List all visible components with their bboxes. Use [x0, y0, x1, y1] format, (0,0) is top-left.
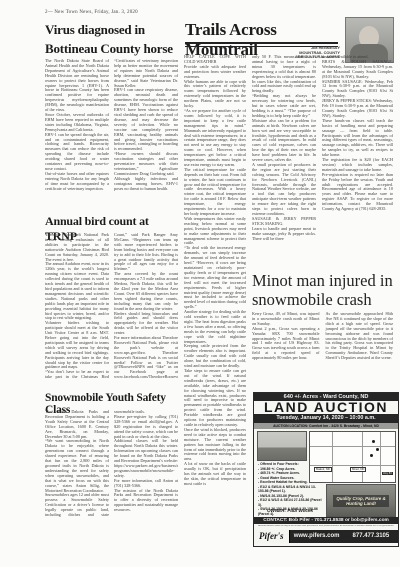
map-road-line	[310, 465, 395, 466]
map-parcel-marker	[372, 440, 375, 443]
ad-disclaimer: Announcements made the day of the auctio…	[256, 525, 396, 529]
minot-article-body: Kerry Grosz, 49, of Minot, was injured i…	[252, 312, 393, 390]
trails-column-2: only 50 F. This means that a wet animal …	[252, 55, 316, 269]
ad-bullet: - E1/2 & W1/2 & SE1/4 27-153-86 (Parcel …	[258, 498, 322, 507]
ad-contact-bar: CONTACT: Bob Pifer - 701.371.8538 or bob…	[254, 517, 398, 524]
map-road-line	[362, 432, 363, 482]
ad-photo-caption: Quality Crop, Pasture & Hunting Land!	[333, 495, 389, 507]
land-auction-ad: 640 +/- Acres - Ward County, ND LAND AUC…	[253, 392, 399, 547]
map-label-minot: Minot, ND	[350, 467, 366, 472]
map-road-line	[332, 432, 333, 482]
trails-column-3: sessions available to attend. BRATS & PO…	[322, 55, 393, 269]
minot-article-headline: Minot man injured in snowmobile crash	[252, 271, 393, 309]
ad-footer: Pifer's www.pifers.com 877.477.3105	[254, 530, 398, 543]
ad-field-photo	[257, 431, 307, 461]
ad-title: LAND AUCTION	[254, 401, 398, 414]
virus-headline-line1: Virus diagnosed in	[45, 20, 185, 39]
ad-phone: 877.477.3105	[344, 530, 398, 543]
trails-column-1: HELP CATTLE COPE WITH COLD WEATHER Provi…	[184, 55, 246, 545]
minot-headline-line2: snowmobile crash	[252, 290, 393, 309]
minot-headline-line1: Minot man injured in	[252, 271, 393, 290]
ad-owner: OWNER: Paul Wocek	[258, 508, 322, 513]
ad-date-bar: Tuesday, January 14, 2020 – 10:00 a.m.	[254, 414, 398, 423]
virus-article-headline: Virus diagnosed in Bottineau County hors…	[45, 20, 185, 58]
pifers-logo: Pifer's	[254, 530, 290, 543]
map-parcel-marker	[370, 454, 373, 457]
page-folio: 2— New Town News, Friday, Jan. 3, 2020	[45, 10, 138, 15]
map-label-hwy83: Hwy 83	[382, 472, 393, 475]
virus-headline-line2: Bottineau County horse	[45, 39, 185, 58]
ad-location-bar: AUCTION LOCATION: Comfort Inn - 3420 S. …	[254, 423, 398, 429]
ad-pasture-photo: Quality Crop, Pasture & Hunting Land!	[326, 484, 396, 517]
map-parcel-marker	[376, 448, 379, 451]
ad-website: www.pifers.com	[290, 530, 344, 543]
ad-bullet: - E1/2 & SW1/4 & NE1/4 & NW1/4 13-153-86…	[258, 485, 322, 494]
virus-article-body: The North Dakota State Board of Animal H…	[45, 59, 178, 212]
snowmobile-class-body: The North Dakota Parks and Recreation De…	[45, 410, 178, 545]
bird-article-body: Theodore Roosevelt National Park invites…	[45, 233, 178, 388]
map-road-line	[310, 446, 395, 447]
map-road-line	[380, 432, 381, 482]
ad-plat-map: Makoti, ND Minot, ND Hwy 83	[309, 431, 396, 483]
